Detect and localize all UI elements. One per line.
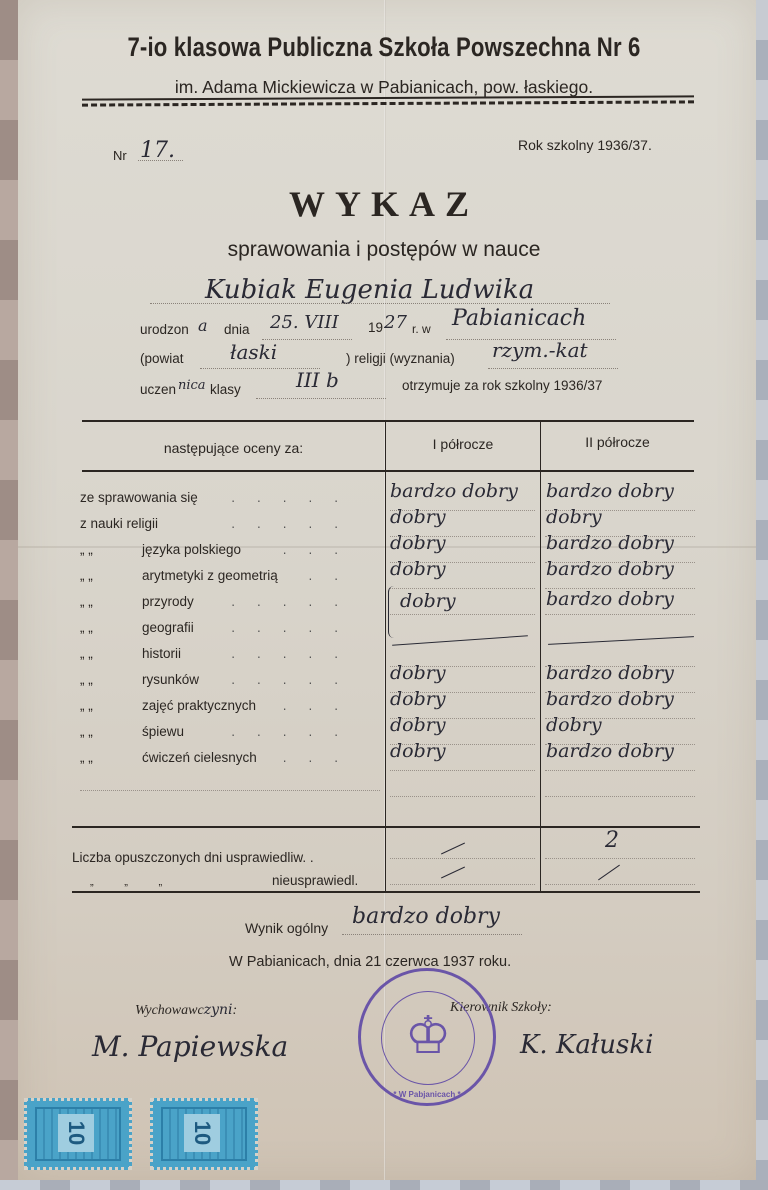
table-row: „ „ćwiczeń cielesnych ...: [80, 750, 380, 776]
revenue-stamp-value: 10: [58, 1114, 94, 1152]
result-line: [342, 934, 522, 935]
leader-dots: ...: [283, 750, 360, 765]
nr-field-line: [138, 160, 183, 161]
powiat-label: (powiat: [140, 351, 184, 366]
grade-line: [390, 614, 535, 615]
school-seal: ♔ * W Pabjanicach *: [358, 968, 496, 1106]
student-name: Kubiak Eugenia Ludwika: [205, 275, 534, 305]
grade-h1: dobry: [390, 714, 446, 736]
pupil-suffix: nica: [178, 378, 206, 393]
leader-dots: .....: [231, 594, 360, 609]
grade-h2: bardzo dobry: [546, 688, 674, 710]
born-label: urodzon: [140, 322, 189, 337]
birth-year-prefix: 19: [368, 320, 383, 335]
leader-dots: ...: [283, 698, 360, 713]
grade-h1: dobry: [390, 532, 446, 554]
result-label: Wynik ogólny: [245, 920, 328, 936]
table-row: „ „arytmetyki z geometrią ..: [80, 568, 380, 594]
class-line: [256, 398, 386, 399]
table-row: „ „geografii .....: [80, 620, 380, 646]
teacher-label-hand: zyni: [204, 1002, 233, 1018]
background-left: [0, 0, 18, 1190]
grade-h1: dobry: [390, 740, 446, 762]
ditto-marks: „ „: [80, 724, 142, 739]
table-row: „ „historii .....: [80, 646, 380, 672]
grade-h1: dobry: [390, 688, 446, 710]
table-row: „ „przyrody .....: [80, 594, 380, 620]
table-row: „ „rysunków .....: [80, 672, 380, 698]
excused-absence-label: Liczba opuszczonych dni usprawiedliw. .: [72, 850, 314, 865]
religion-value: rzym.-kat: [492, 338, 588, 362]
grade-line: [390, 858, 535, 859]
ditto-marks: „ „: [80, 542, 142, 557]
grade-line: [545, 884, 695, 885]
born-suffix: a: [198, 316, 208, 335]
grade-line: [545, 614, 695, 615]
column-header-semester-2: II półrocze: [541, 434, 694, 450]
religion-line: [488, 368, 618, 369]
birth-year: 27: [384, 312, 407, 333]
grade-h2: dobry: [546, 506, 602, 528]
leader-dots: .....: [231, 620, 360, 635]
teacher-signature: M. Papiewska: [92, 1030, 288, 1063]
seal-inner-ring: ♔: [381, 991, 475, 1085]
document-title: WYKAZ: [0, 183, 768, 225]
subject-name: języka polskiego: [142, 542, 241, 557]
teacher-label: Wychowawczyni:: [135, 1002, 237, 1019]
subject-name: śpiewu: [142, 724, 184, 739]
column-header-semester-1: I półrocze: [386, 436, 540, 452]
grade-h2: bardzo dobry: [546, 588, 674, 610]
birth-place: Pabianicach: [452, 306, 586, 331]
subject-name: z nauki religii: [80, 516, 158, 531]
grade-h1: dobry: [390, 662, 446, 684]
table-row: „ „zajęć praktycznych ...: [80, 698, 380, 724]
table-column-divider-2: [540, 420, 541, 892]
head-signature: K. Kałuski: [520, 1030, 653, 1060]
school-name: 7-io klasowa Publiczna Szkoła Powszechna…: [69, 32, 699, 63]
table-column-divider-1: [385, 420, 386, 892]
subject-name: historii: [142, 646, 181, 661]
subject-name: geografii: [142, 620, 194, 635]
leader-dots: .....: [231, 516, 360, 531]
table-top-border: [82, 420, 694, 422]
grade-line: [390, 770, 535, 771]
leader-dots: .....: [231, 724, 360, 739]
class-label: klasy: [210, 382, 241, 397]
grade-h2: bardzo dobry: [546, 480, 674, 502]
nr-label: Nr: [113, 148, 127, 163]
grade-h2: bardzo dobry: [546, 558, 674, 580]
leader-dots: .....: [231, 490, 360, 505]
subject-name: ćwiczeń cielesnych: [142, 750, 257, 765]
eagle-emblem-icon: ♔: [382, 1004, 474, 1068]
grade-h1: dobry: [390, 558, 446, 580]
grade-h2: bardzo dobry: [546, 662, 674, 684]
table-row: ze sprawowania się .....: [80, 490, 380, 516]
birth-day: 25. VIII: [270, 312, 339, 333]
blank-row-line: [80, 790, 380, 791]
ditto-marks: „ „: [80, 594, 142, 609]
grade-line: [545, 770, 695, 771]
seal-text: * W Pabjanicach *: [361, 1090, 493, 1099]
powiat-value: łaski: [230, 340, 277, 364]
ditto-marks: „ „: [80, 646, 142, 661]
grade-line: [545, 796, 695, 797]
ditto-marks: „ „: [80, 620, 142, 635]
subject-name: arytmetyki z geometrią: [142, 568, 278, 583]
unexcused-absence-label: nieusprawiedl.: [272, 873, 358, 888]
place-date: W Pabianicach, dnia 21 czerwca 1937 roku…: [229, 954, 511, 970]
day-label: dnia: [224, 322, 250, 337]
leader-dots: .....: [231, 646, 360, 661]
grade-h1: bardzo dobry: [390, 480, 518, 502]
teacher-label-print: Wychowawc: [135, 1003, 204, 1018]
ditto-marks: „ „: [80, 750, 142, 765]
grade-h2: bardzo dobry: [546, 532, 674, 554]
grade-line: [390, 588, 535, 589]
excused-h2-value: 2: [605, 828, 619, 853]
grade-h2: dobry: [546, 714, 602, 736]
pupil-label: uczen: [140, 382, 176, 397]
school-year: Rok szkolny 1936/37.: [518, 137, 652, 153]
grade-line: [545, 858, 695, 859]
table-header-border: [82, 470, 694, 472]
revenue-stamp: 10: [24, 1098, 132, 1170]
grade-line: [390, 796, 535, 797]
result-value: bardzo dobry: [352, 904, 500, 929]
table-bottom-border: [72, 891, 700, 893]
leader-dots: ...: [283, 542, 360, 557]
ditto-marks: „ „ „: [90, 876, 162, 888]
subject-name: zajęć praktycznych: [142, 698, 256, 713]
religion-label: ) religji (wyznania): [346, 351, 455, 366]
background-bottom: [0, 1180, 768, 1190]
place-label: r. w: [412, 322, 431, 336]
ditto-marks: „ „: [80, 698, 142, 713]
grade-h1: dobry: [390, 506, 446, 528]
student-name-line: [150, 303, 610, 304]
receives-label: otrzymuje za rok szkolny 1936/37: [402, 378, 602, 393]
column-header-subjects: następujące oceny za:: [82, 440, 385, 456]
table-row: „ „języka polskiego ...: [80, 542, 380, 568]
brace-mark: [388, 586, 397, 638]
ditto-marks: „ „: [80, 672, 142, 687]
ditto-marks: „ „: [80, 568, 142, 583]
leader-dots: ..: [308, 568, 360, 583]
document-subtitle: sprawowania i postępów w nauce: [0, 238, 768, 262]
class-value: III b: [296, 368, 339, 392]
grade-line: [390, 884, 535, 885]
grade-h1: dobry: [400, 590, 456, 612]
subject-name: przyrody: [142, 594, 194, 609]
grade-h2: bardzo dobry: [546, 740, 674, 762]
leader-dots: .....: [231, 672, 360, 687]
revenue-stamp: 10: [150, 1098, 258, 1170]
table-row: „ „śpiewu .....: [80, 724, 380, 750]
revenue-stamp-value: 10: [184, 1114, 220, 1152]
background-right: [756, 0, 768, 1190]
subject-name: rysunków: [142, 672, 199, 687]
subject-name: ze sprawowania się: [80, 490, 198, 505]
table-row: z nauki religii .....: [80, 516, 380, 542]
teacher-label-colon: :: [232, 1003, 237, 1018]
